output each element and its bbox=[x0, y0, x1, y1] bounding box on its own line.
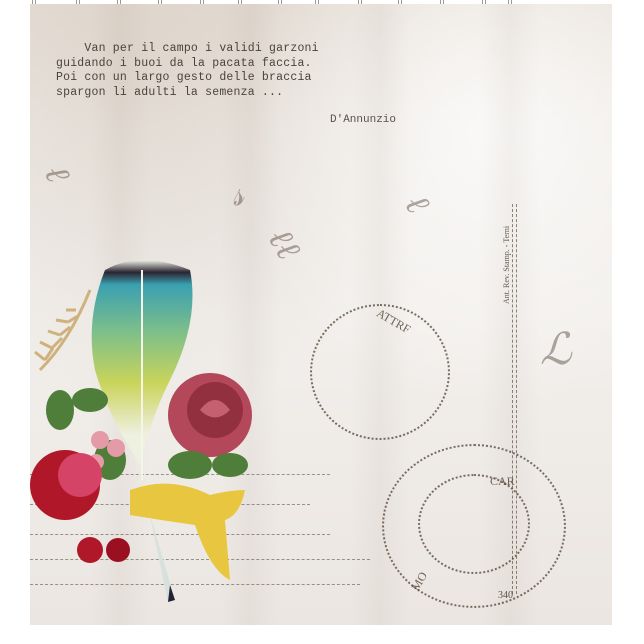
handwriting: ℒ bbox=[540, 324, 572, 375]
poem-line: spargon li adulti la semenza ... bbox=[56, 86, 319, 101]
shower-curtain: Van per il campo i validi garzoni guidan… bbox=[30, 4, 612, 625]
poem-text: Van per il campo i validi garzoni guidan… bbox=[56, 42, 319, 100]
postmark-stamp bbox=[310, 304, 450, 440]
rose-icon bbox=[168, 373, 252, 457]
fern-icon bbox=[35, 290, 90, 370]
vertical-stamp-text: Ant. Rev. Stamp. - Terni bbox=[502, 226, 511, 304]
dashed-line bbox=[512, 204, 513, 594]
poem-line: guidando i buoi da la pacata faccia. bbox=[56, 57, 319, 72]
ribbon-icon bbox=[130, 484, 245, 580]
feather-bouquet-illustration bbox=[30, 250, 260, 620]
poem-line: Poi con un largo gesto delle braccia bbox=[56, 71, 319, 86]
poem-line: Van per il campo i validi garzoni bbox=[56, 42, 319, 57]
postmark-stamp-inner bbox=[418, 474, 530, 574]
dashed-line bbox=[516, 204, 517, 594]
handwriting: ℓ bbox=[36, 161, 78, 188]
poem-author: D'Annunzio bbox=[330, 114, 396, 126]
page-number: 340 bbox=[498, 590, 513, 601]
postmark-text: CAR bbox=[490, 474, 515, 489]
